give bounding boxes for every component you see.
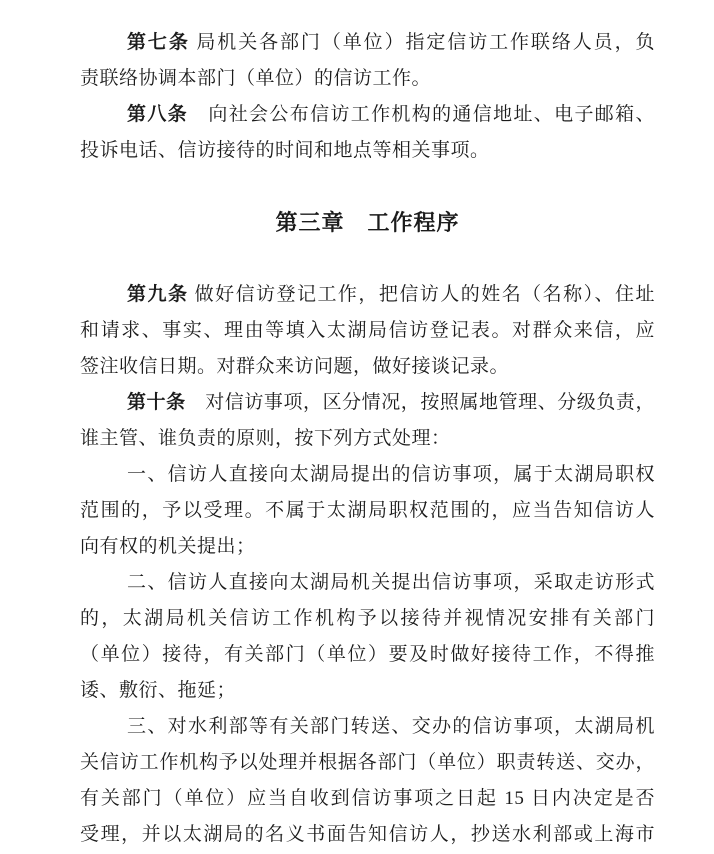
line-text: 的，太湖局机关信访工作机构予以接待并视情况安排有关部门 [80, 608, 655, 629]
text-line: 责联络协调本部门（单位）的信访工作。 [80, 61, 655, 97]
text-line: 投诉电话、信访接待的时间和地点等相关事项。 [80, 133, 655, 169]
text-line: 向有权的机关提出； [80, 529, 655, 565]
text-line: 第九条 做好信访登记工作，把信访人的姓名（名称）、住址 [80, 277, 655, 313]
text-line: 关信访工作机构予以处理并根据各部门（单位）职责转送、交办， [80, 745, 655, 781]
line-text: 诿、敷衍、拖延； [80, 680, 236, 701]
line-text: 向有权的机关提出； [80, 536, 256, 557]
line-text: 二、信访人直接向太湖局机关提出信访事项，采取走访形式 [127, 572, 655, 593]
article-number: 第八条 [127, 104, 188, 125]
line-text: 签注收信日期。对群众来访问题，做好接谈记录。 [80, 356, 509, 377]
article-number: 第九条 [127, 284, 188, 305]
line-text: 向社会公布信访工作机构的通信地址、电子邮箱、 [188, 104, 655, 125]
text-line: 和请求、事实、理由等填入太湖局信访登记表。对群众来信，应 [80, 313, 655, 349]
document-body: 第七条 局机关各部门（单位）指定信访工作联络人员，负 责联络协调本部门（单位）的… [80, 25, 655, 853]
line-text: （单位）接待，有关部门（单位）要及时做好接待工作，不得推 [80, 644, 655, 665]
text-line: 签注收信日期。对群众来访问题，做好接谈记录。 [80, 349, 655, 385]
line-text: 和请求、事实、理由等填入太湖局信访登记表。对群众来信，应 [80, 320, 655, 341]
text-line: （单位）接待，有关部门（单位）要及时做好接待工作，不得推 [80, 637, 655, 673]
text-line: 第十条 对信访事项，区分情况，按照属地管理、分级负责， [80, 385, 655, 421]
line-text: 投诉电话、信访接待的时间和地点等相关事项。 [80, 140, 490, 161]
line-text: 责联络协调本部门（单位）的信访工作。 [80, 68, 431, 89]
line-text: 做好信访登记工作，把信访人的姓名（名称）、住址 [188, 284, 655, 305]
text-line: 第八条 向社会公布信访工作机构的通信地址、电子邮箱、 [80, 97, 655, 133]
text-line: 的，太湖局机关信访工作机构予以接待并视情况安排有关部门 [80, 601, 655, 637]
text-line: 三、对水利部等有关部门转送、交办的信访事项，太湖局机 [80, 709, 655, 745]
text-line: 受理，并以太湖局的名义书面告知信访人，抄送水利部或上海市 [80, 817, 655, 853]
text-line: 有关部门（单位）应当自收到信访事项之日起 15 日内决定是否 [80, 781, 655, 817]
line-text: 对信访事项，区分情况，按照属地管理、分级负责， [186, 392, 655, 413]
line-text: 范围的，予以受理。不属于太湖局职权范围的，应当告知信访人 [80, 500, 655, 521]
line-text: 受理，并以太湖局的名义书面告知信访人，抄送水利部或上海市 [80, 824, 655, 845]
text-line: 谁主管、谁负责的原则，按下列方式处理： [80, 421, 655, 457]
chapter-heading: 第三章 工作程序 [80, 205, 655, 241]
article-number: 第十条 [127, 392, 186, 413]
line-text: 谁主管、谁负责的原则，按下列方式处理： [80, 428, 451, 449]
text-line: 一、信访人直接向太湖局提出的信访事项，属于太湖局职权 [80, 457, 655, 493]
line-text: 关信访工作机构予以处理并根据各部门（单位）职责转送、交办， [80, 752, 655, 773]
text-line: 诿、敷衍、拖延； [80, 673, 655, 709]
line-text: 有关部门（单位）应当自收到信访事项之日起 15 日内决定是否 [80, 788, 655, 809]
text-line: 二、信访人直接向太湖局机关提出信访事项，采取走访形式 [80, 565, 655, 601]
document-page: 第七条 局机关各部门（单位）指定信访工作联络人员，负 责联络协调本部门（单位）的… [0, 0, 714, 854]
line-text: 局机关各部门（单位）指定信访工作联络人员，负 [190, 32, 655, 53]
article-number: 第七条 [127, 32, 190, 53]
line-text: 一、信访人直接向太湖局提出的信访事项，属于太湖局职权 [127, 464, 655, 485]
text-line: 范围的，予以受理。不属于太湖局职权范围的，应当告知信访人 [80, 493, 655, 529]
text-line: 第七条 局机关各部门（单位）指定信访工作联络人员，负 [80, 25, 655, 61]
line-text: 三、对水利部等有关部门转送、交办的信访事项，太湖局机 [127, 716, 655, 737]
